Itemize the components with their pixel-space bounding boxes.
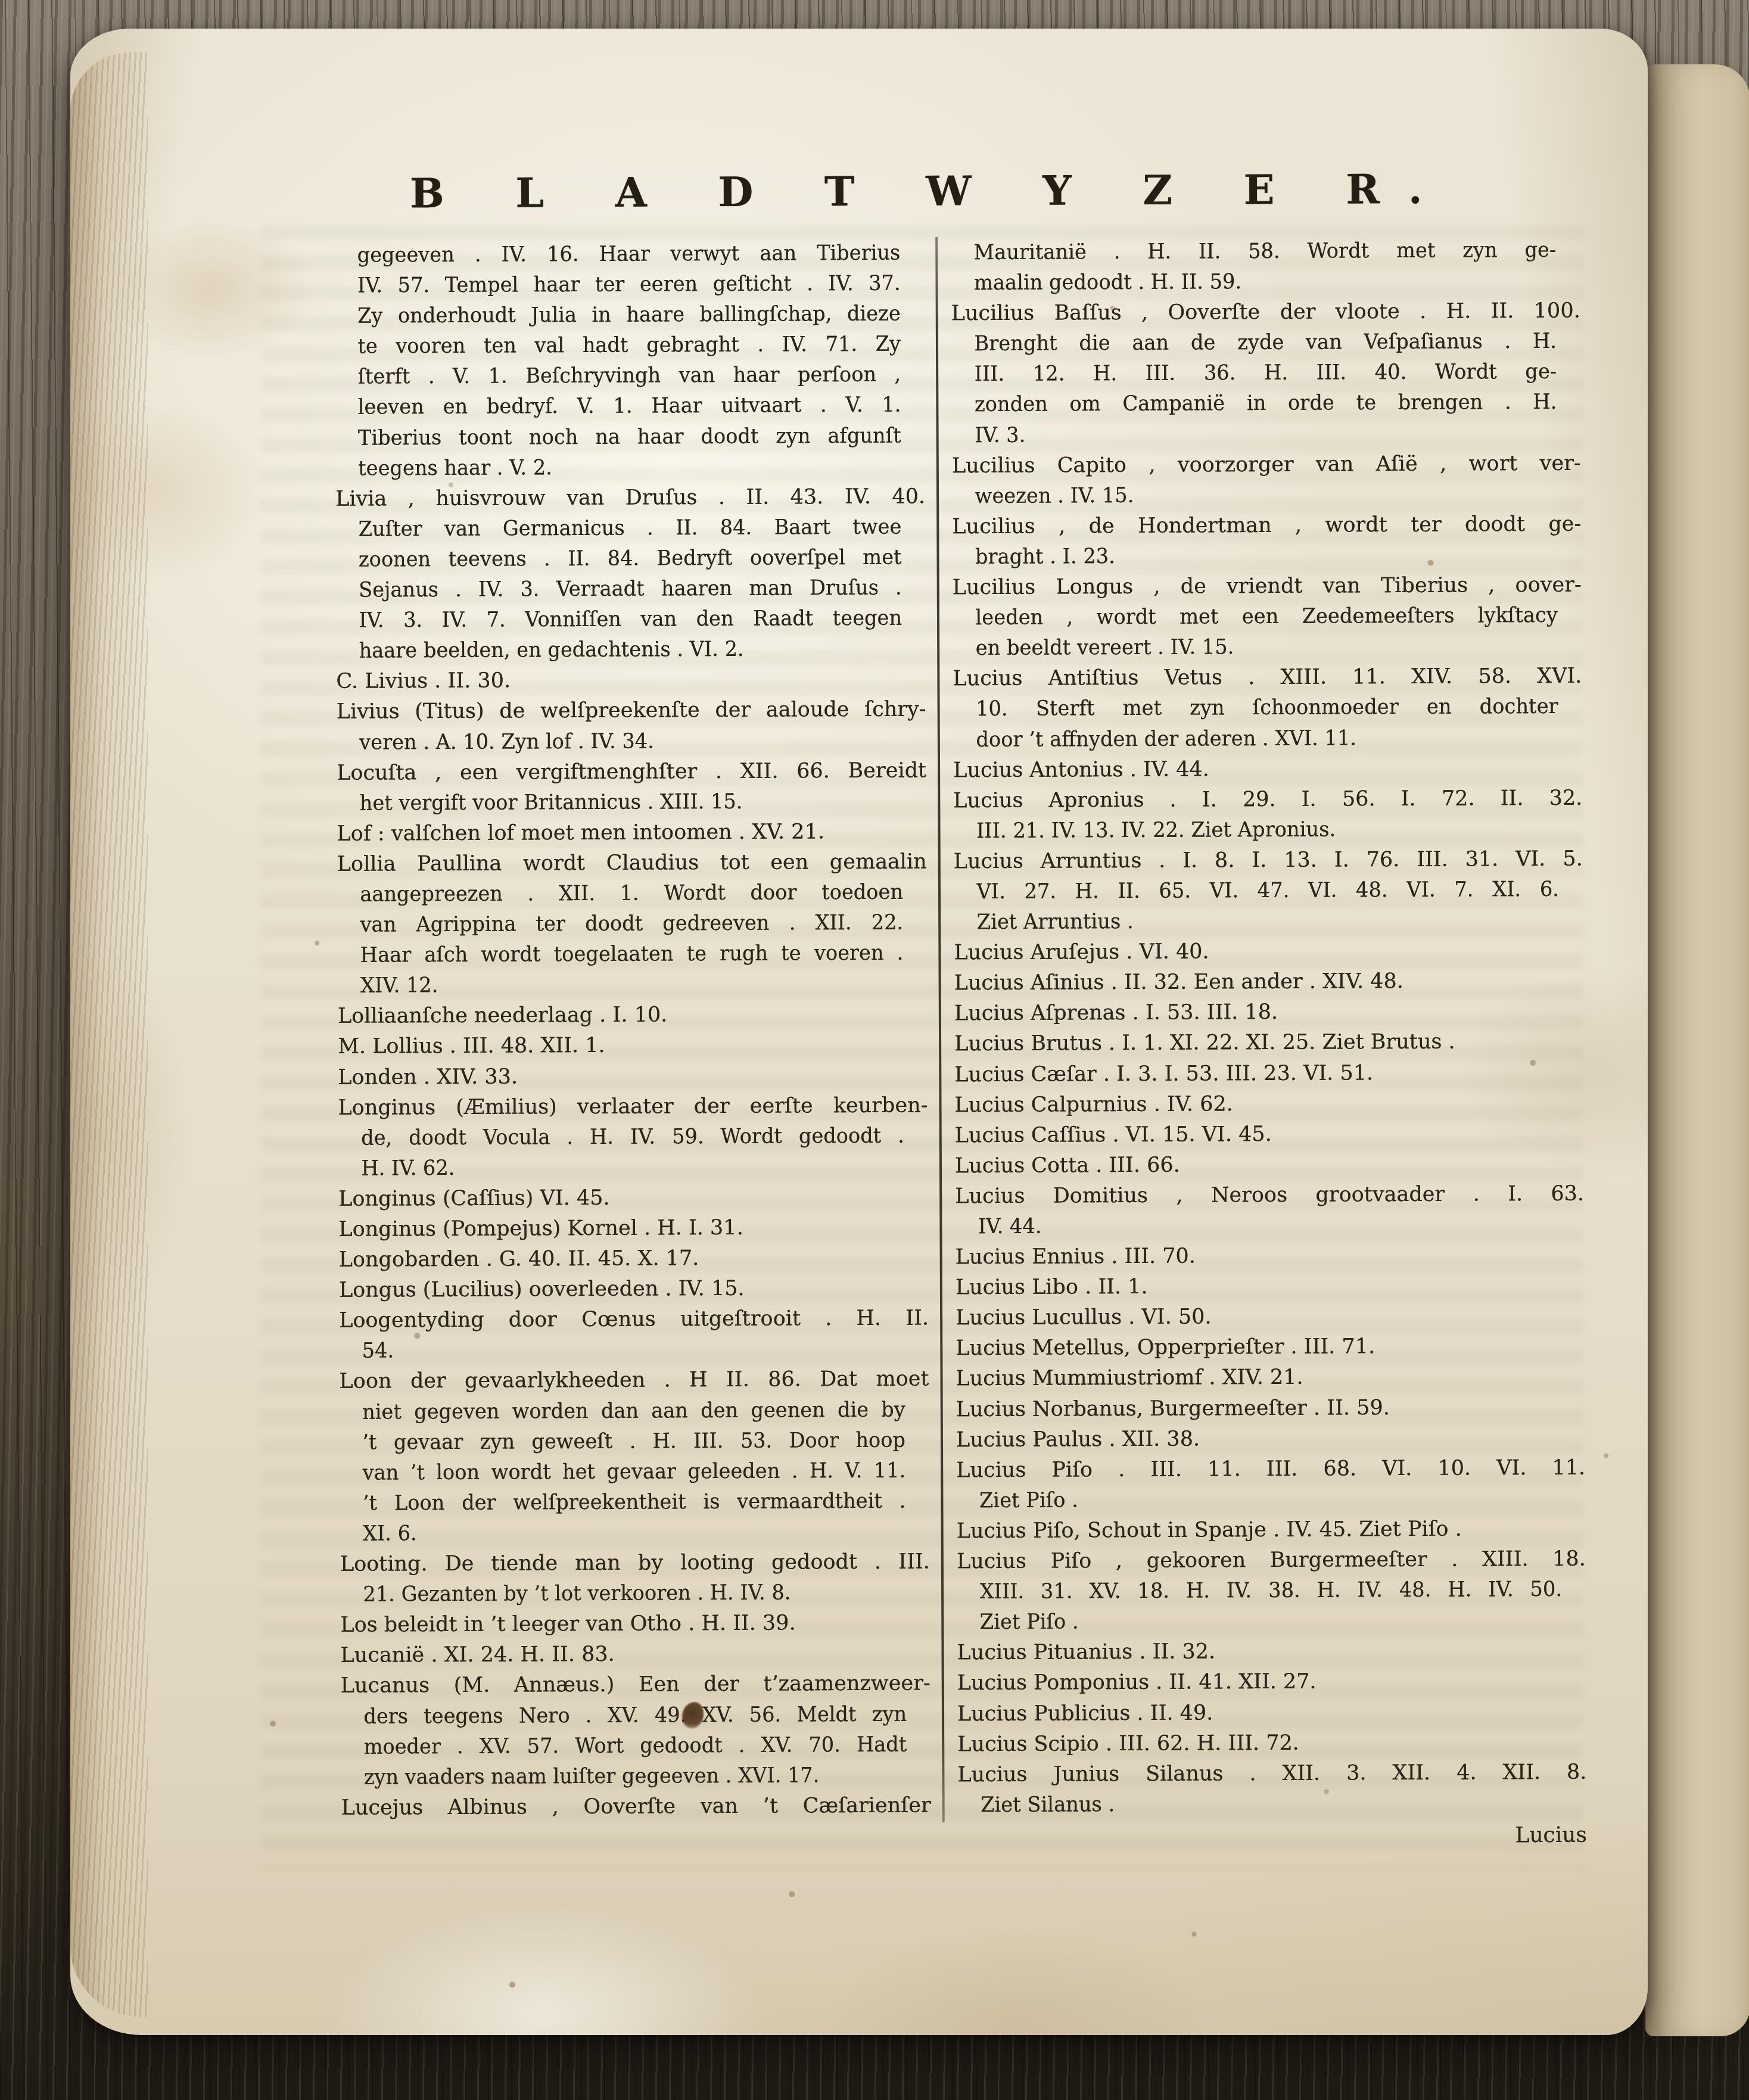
index-line: Tiberius toont noch na haar doodt zyn af… [335,421,901,453]
index-line: Lucilius , de Hondertman , wordt ter doo… [952,509,1581,543]
page-title: B L A D T W Y Z E R. [275,165,1586,219]
column-divider-rule [935,237,945,1822]
index-line: Lucius Publicius . II. 49. [957,1696,1586,1729]
index-line: weezen . IV. 15. [952,479,1557,512]
index-line: van ’t loon wordt het gevaar geleeden . … [340,1455,905,1488]
index-line: Haar aſch wordt toegelaaten te rugh te v… [337,938,903,971]
index-line: Lucius Aſinius . II. 32. Een ander . XIV… [954,966,1583,999]
index-line: Londen . XIV. 33. [338,1060,928,1093]
index-line: Livius (Titus) de welſpreekenſte der aal… [337,695,926,727]
index-line: Lucius Junius Silanus . XII. 3. XII. 4. … [957,1757,1586,1790]
index-line: Lucius Metellus, Opperprieſter . III. 71… [956,1331,1585,1364]
index-line: C. Livius . II. 30. [336,664,926,697]
index-line: XIV. 12. [338,969,904,1001]
index-line: Lucius Pomponius . II. 41. XII. 27. [957,1666,1586,1699]
index-line: haare beelden, en gedachtenis . VI. 2. [336,634,902,667]
index-line: III. 12. H. III. 36. H. III. 40. Wordt g… [951,357,1557,390]
index-line: Lucius Calpurnius . IV. 62. [954,1087,1583,1121]
index-line: Mauritanië . H. II. 58. Wordt met zyn ge… [951,235,1556,269]
index-line: moeder . XV. 57. Wort gedoodt . XV. 70. … [341,1729,907,1762]
index-line: gegeeven . IV. 16. Haar verwyt aan Tiber… [334,238,900,271]
index-line: Ziet Piſo . [957,1605,1562,1638]
index-line: Los beleidt in ’t leeger van Otho . H. I… [340,1608,930,1641]
index-line: Lollia Paullina wordt Claudius tot een g… [337,847,927,879]
index-line: ſterft . V. 1. Beſchryvingh van haar per… [335,360,901,393]
index-line: Ziet Arruntius . [954,905,1559,938]
index-line: Looting. De tiende man by looting gedood… [340,1547,930,1580]
index-line: Lucius Aruſejus . VI. 40. [954,935,1583,969]
catchword: Lucius [958,1820,1587,1853]
index-line: IV. 44. [955,1209,1560,1243]
index-line: Zy onderhoudt Julia in haare ballingſcha… [335,299,901,332]
index-line: van Agrippina ter doodt gedreeven . XII.… [337,908,903,941]
index-line: IV. 3. IV. 7. Vonniſſen van den Raadt te… [336,603,902,636]
index-line: 10. Sterft met zyn ſchoonmoeder en docht… [953,692,1558,725]
index-line: Lucius Scipio . III. 62. H. III. 72. [957,1726,1586,1760]
index-line: Loon der gevaarlykheeden . H II. 86. Dat… [339,1364,929,1397]
index-line: leeden , wordt met een Zeedemeeſters lyk… [953,601,1558,634]
index-line: Lucius Ennius . III. 70. [956,1240,1585,1273]
index-line: veren . A. 10. Zyn lof . IV. 34. [337,725,902,758]
index-line: Lucejus Albinus , Ooverſte van ’t Cæſari… [341,1790,931,1823]
index-line: de, doodt Vocula . H. IV. 59. Wordt gedo… [338,1121,904,1153]
index-line: door ’t affnyden der aderen . XVI. 11. [953,722,1558,755]
index-line: Loogentyding door Cœnus uitgeſtrooit . H… [339,1303,929,1336]
index-line: ’t gevaar zyn geweeſt . H. III. 53. Door… [340,1425,905,1458]
index-line: braght . I. 23. [952,540,1557,573]
index-line: III. 21. IV. 13. IV. 22. Ziet Apronius. [953,814,1558,847]
index-line: Lucilius Capito , voorzorger van Aſië , … [952,448,1581,481]
index-line: zonden om Campanië in orde te brengen . … [951,387,1557,421]
index-line: niet gegeven worden dan aan den geenen d… [340,1395,905,1427]
index-line: 54. [339,1334,905,1367]
index-line: XI. 6. [340,1517,906,1550]
index-line: Ziet Piſo . [956,1483,1561,1517]
index-line: en beeldt vereert . IV. 15. [953,631,1558,664]
index-line: Lucius Arruntius . I. 8. I. 13. I. 76. I… [954,844,1583,878]
index-line: leeven en bedryf. V. 1. Haar uitvaart . … [335,390,901,423]
index-line: Lucius Piſo , gekooren Burgermeeſter . X… [957,1544,1586,1578]
index-line: Longus (Lucilius) ooverleeden . IV. 15. [339,1273,929,1306]
index-line: Lucius Piſo . III. 11. III. 68. VI. 10. … [956,1452,1585,1486]
index-line: Livia , huisvrouw van Druſus . II. 43. I… [335,481,925,514]
index-line: Lucilius Longus , de vriendt van Tiberiu… [953,570,1582,603]
index-line: VI. 27. H. II. 65. VI. 47. VI. 48. VI. 7… [954,875,1559,908]
index-line: Lucius Libo . II. 1. [956,1270,1585,1303]
index-line: Lucius Mummiustriomf . XIV. 21. [956,1361,1585,1395]
index-line: Brenght die aan de zyde van Veſpaſianus … [951,326,1557,360]
index-line: Lucius Cotta . III. 66. [955,1149,1584,1182]
index-line: ’t Loon der welſpreekentheit is vermaard… [340,1486,905,1519]
index-line: Lucius Brutus . I. 1. XI. 22. XI. 25. Zi… [954,1026,1583,1060]
index-line: Lof : valſchen lof moet men intoomen . X… [337,816,926,849]
index-line: H. IV. 62. [338,1151,904,1184]
index-line: XIII. 31. XV. 18. H. IV. 38. H. IV. 48. … [957,1575,1562,1608]
index-line: maalin gedoodt . H. II. 59. [951,266,1556,299]
index-line: het vergift voor Britannicus . XIII. 15. [337,786,902,819]
index-line: teegens haar . V. 2. [335,451,901,484]
index-line: ders teegens Nero . XV. 49. XV. 56. Meld… [341,1699,907,1732]
page-content: B L A D T W Y Z E R. gegeeven . IV. 16. … [66,25,1652,2039]
foxing-specks [66,32,70,36]
index-line: Lucius Norbanus, Burgermeeſter . II. 59. [956,1392,1585,1425]
index-line: Lucius Piſo, Schout in Spanje . IV. 45. … [957,1514,1586,1547]
index-line: Lolliaanſche neederlaag . I. 10. [338,999,928,1032]
index-line: Longinus (Caſſius) VI. 45. [338,1181,928,1214]
index-line: Lucanië . XI. 24. H. II. 83. [340,1638,930,1671]
index-line: te vooren ten val hadt gebraght . IV. 71… [335,329,901,362]
index-line: Lucilius Baſſus , Ooverſte der vloote . … [951,296,1580,329]
index-line: Lucius Antonius . IV. 44. [953,752,1582,786]
index-column-right: Mauritanië . H. II. 58. Wordt met zyn ge… [951,235,1587,1821]
index-line: Ziet Silanus . [958,1788,1563,1821]
index-line: IV. 3. [952,418,1557,451]
index-line: Sejanus . IV. 3. Verraadt haaren man Dru… [336,573,902,606]
index-line: Lucius Caſſius . VI. 15. VI. 45. [955,1118,1584,1151]
index-line: Lucius Paulus . XII. 38. [956,1422,1585,1455]
index-line: Lucius Antiſtius Vetus . XIII. 11. XIV. … [953,661,1582,695]
index-line: zoonen teevens . II. 84. Bedryft ooverſp… [335,543,901,575]
index-line: 21. Gezanten by ’t lot verkooren . H. IV… [340,1578,906,1610]
index-line: Lucius Domitius , Neroos grootvaader . I… [955,1179,1584,1212]
index-line: Lucius Cæſar . I. 3. I. 53. III. 23. VI.… [954,1057,1583,1090]
index-line: Lucius Pituanius . II. 32. [957,1635,1586,1669]
index-column-left: gegeeven . IV. 16. Haar verwyt aan Tiber… [334,238,931,1824]
index-line: aangepreezen . XII. 1. Wordt door toedoe… [337,878,903,910]
index-line: Lucanus (M. Annæus.) Een der t’zaamenzwe… [341,1669,930,1701]
facing-page-edge [1645,64,1749,2036]
index-line: M. Lollius . III. 48. XII. 1. [338,1029,928,1062]
index-line: Lucius Lucullus . VI. 50. [956,1301,1585,1334]
index-line: Zuſter van Germanicus . II. 84. Baart tw… [335,512,901,545]
index-line: Longinus (Æmilius) verlaater der eerſte … [338,1090,928,1123]
index-line: Lucius Apronius . I. 29. I. 56. I. 72. I… [953,783,1582,816]
book-page: B L A D T W Y Z E R. gegeeven . IV. 16. … [70,29,1648,2035]
index-line: Longobarden . G. 40. II. 45. X. 17. [339,1243,929,1275]
index-line: IV. 57. Tempel haar ter eeren geſticht .… [334,269,900,301]
index-line: zyn vaaders naam luiſter gegeeven . XVI.… [341,1760,907,1793]
index-line: Longinus (Pompejus) Kornel . H. I. 31. [338,1212,928,1245]
index-line: Locuſta , een vergiftmenghſter . XII. 66… [337,755,926,788]
index-line: Lucius Aſprenas . I. 53. III. 18. [954,996,1583,1029]
